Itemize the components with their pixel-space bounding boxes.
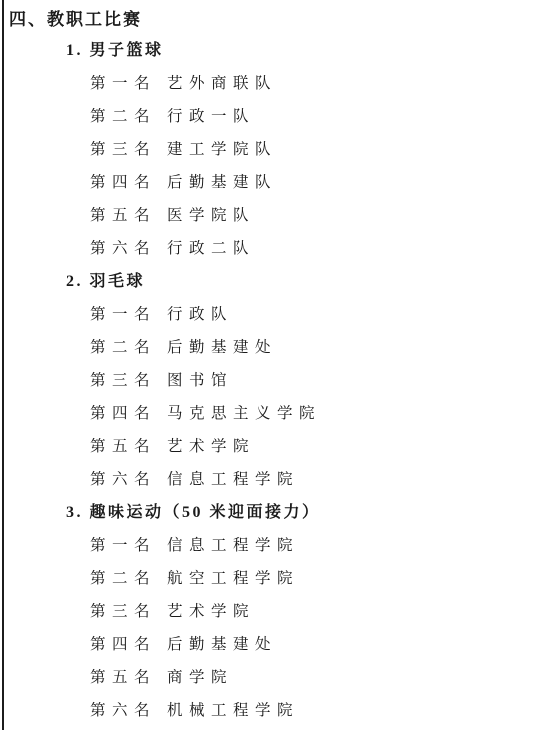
team-name: 后勤基建队 [167,166,534,199]
team-name: 行政队 [167,298,534,331]
team-name: 艺术学院 [167,430,534,463]
result-row: 第五名艺术学院 [0,430,534,463]
rank-label: 第五名 [90,430,167,463]
rank-label: 第三名 [90,133,167,166]
rank-label: 第四名 [90,397,167,430]
result-row: 第六名机械工程学院 [0,694,534,727]
section-heading: 1. 男子篮球 [0,34,534,67]
result-row: 第一名信息工程学院 [0,529,534,562]
rank-label: 第一名 [90,67,167,100]
team-name: 艺术学院 [167,595,534,628]
result-row: 第五名商学院 [0,661,534,694]
team-name: 后勤基建处 [167,628,534,661]
document-page: 四、教职工比赛 1. 男子篮球第一名艺外商联队第二名行政一队第三名建工学院队第四… [0,0,534,737]
rank-label: 第三名 [90,364,167,397]
rank-label: 第一名 [90,529,167,562]
document-title: 四、教职工比赛 [0,0,534,34]
table-cell-left-border [2,0,4,730]
team-name: 后勤基建处 [167,331,534,364]
rank-label: 第六名 [90,463,167,496]
result-row: 第四名后勤基建处 [0,628,534,661]
team-name: 图书馆 [167,364,534,397]
result-row: 第五名医学院队 [0,199,534,232]
rank-label: 第四名 [90,628,167,661]
section-heading: 2. 羽毛球 [0,265,534,298]
team-name: 信息工程学院 [167,529,534,562]
rank-label: 第二名 [90,331,167,364]
result-row: 第三名建工学院队 [0,133,534,166]
result-row: 第一名艺外商联队 [0,67,534,100]
result-row: 第四名后勤基建队 [0,166,534,199]
team-name: 航空工程学院 [167,562,534,595]
rank-label: 第六名 [90,232,167,265]
rank-label: 第一名 [90,298,167,331]
team-name: 商学院 [167,661,534,694]
result-row: 第六名行政二队 [0,232,534,265]
result-row: 第二名行政一队 [0,100,534,133]
result-row: 第一名行政队 [0,298,534,331]
team-name: 艺外商联队 [167,67,534,100]
team-name: 行政二队 [167,232,534,265]
result-row: 第三名图书馆 [0,364,534,397]
result-row: 第三名艺术学院 [0,595,534,628]
team-name: 机械工程学院 [167,694,534,727]
result-row: 第二名航空工程学院 [0,562,534,595]
rank-label: 第四名 [90,166,167,199]
team-name: 信息工程学院 [167,463,534,496]
result-row: 第二名后勤基建处 [0,331,534,364]
rank-label: 第五名 [90,199,167,232]
team-name: 建工学院队 [167,133,534,166]
rank-label: 第五名 [90,661,167,694]
section-heading: 3. 趣味运动（50 米迎面接力） [0,496,534,529]
result-row: 第四名马克思主义学院 [0,397,534,430]
rank-label: 第六名 [90,694,167,727]
team-name: 医学院队 [167,199,534,232]
team-name: 行政一队 [167,100,534,133]
rank-label: 第三名 [90,595,167,628]
result-row: 第六名信息工程学院 [0,463,534,496]
team-name: 马克思主义学院 [167,397,534,430]
rank-label: 第二名 [90,562,167,595]
sections-container: 1. 男子篮球第一名艺外商联队第二名行政一队第三名建工学院队第四名后勤基建队第五… [0,34,534,727]
rank-label: 第二名 [90,100,167,133]
